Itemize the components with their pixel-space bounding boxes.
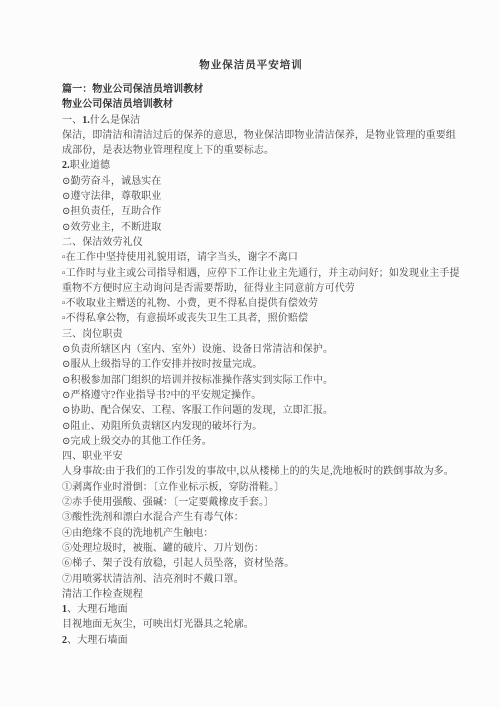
text-line: 三、岗位职责: [62, 327, 440, 342]
document-content: 物业保洁员平安培训 篇一：物业公司保洁员培训教材物业公司保洁员培训教材一、1.什…: [62, 59, 440, 648]
text-line: 保洁，即清洁和清洁过后的保养的意思，物业保洁即物业清洁保养，是物业管理的重要组: [62, 128, 440, 143]
text-line: 篇一：物业公司保洁员培训教材: [62, 82, 440, 97]
text-line: 成部份，是表达物业管理程度上下的重要标志。: [62, 143, 440, 158]
text-line: 人身事故:由于我们的工作引发的事故中,以从楼梯上的的失足,洗地板时的跌倒事故为多…: [62, 464, 440, 479]
text-line: 2、大理石墙面: [62, 633, 440, 648]
text-line: ②赤手使用强酸、强碱：〔一定要戴橡皮手套。〕: [62, 495, 440, 510]
text-line: 二、保洁效劳礼仪: [62, 235, 440, 250]
text-line: ⊙积极参加部门组织的培训并按标准操作落实到实际工作中。: [62, 373, 440, 388]
text-line: ④由绝缘不良的洗地机产生触电：: [62, 526, 440, 541]
text-line: ①剥离作业时滑倒：〔立作业标示板，穿防滑鞋。〕: [62, 480, 440, 495]
text-line: ⊙遵守法律，尊敬职业: [62, 189, 440, 204]
text-line: ⑥梯子、架子没有放稳，引起人员坠落，资材坠落。: [62, 556, 440, 571]
text-line: ③酸性洗剂和漂白水混合产生有毒气体：: [62, 510, 440, 525]
document-page: 物业保洁员平安培训 篇一：物业公司保洁员培训教材物业公司保洁员培训教材一、1.什…: [0, 0, 500, 707]
document-title: 物业保洁员平安培训: [62, 59, 440, 73]
document-body: 篇一：物业公司保洁员培训教材物业公司保洁员培训教材一、1.什么是保洁保洁，即清洁…: [62, 82, 440, 648]
text-line: ▫不得私拿公物，有意损坏或丧失卫生工具者，照价赔偿: [62, 311, 440, 326]
text-line: 重物不方便时应主动询问是否需要帮助，征得业主同意前方可代劳: [62, 281, 440, 296]
text-line: ⊙担负责任，互助合作: [62, 204, 440, 219]
text-line: ⊙负责所辖区内（室内、室外）设施、设备日常清洁和保护。: [62, 342, 440, 357]
text-line: 清洁工作检查规程: [62, 587, 440, 602]
text-line: ⊙完成上级交办的其他工作任务。: [62, 434, 440, 449]
text-line: 物业公司保洁员培训教材: [62, 97, 440, 112]
text-line: 1、大理石地面: [62, 602, 440, 617]
text-line: ⑦用喷雾状清洁剂、洁亮剂时不戴口罩。: [62, 572, 440, 587]
text-line: ▫在工作中坚持使用礼貌用语，请字当头，谢字不离口: [62, 250, 440, 265]
text-line: 四、职业平安: [62, 449, 440, 464]
text-line: ⑤处理垃圾时，被瓶、罐的破片、刀片划伤：: [62, 541, 440, 556]
text-line: ⊙效劳业主，不断进取: [62, 220, 440, 235]
text-line: 目视地面无灰尘，可映出灯光器具之轮廓。: [62, 617, 440, 632]
text-line: ⊙协助、配合保安、工程、客服工作问题的发现，立即汇报。: [62, 403, 440, 418]
text-line: ⊙勤劳奋斗，诚恳实在: [62, 174, 440, 189]
text-line: ⊙服从上级指导的工作安排并按时按量完成。: [62, 357, 440, 372]
text-line: ⊙严格遵守?作业指导书?中的平安规定操作。: [62, 388, 440, 403]
text-line: ▫不收取业主赠送的礼物、小费，更不得私自提供有偿效劳: [62, 296, 440, 311]
text-line: 2.职业道德: [62, 158, 440, 173]
text-line: ⊙阻止、劝阻所负责辖区内发现的破坏行为。: [62, 419, 440, 434]
text-line: 一、1.什么是保洁: [62, 113, 440, 128]
text-line: ▫工作时与业主或公司指导相遇，应停下工作让业主先通行，并主动问好；如发现业主手提: [62, 266, 440, 281]
